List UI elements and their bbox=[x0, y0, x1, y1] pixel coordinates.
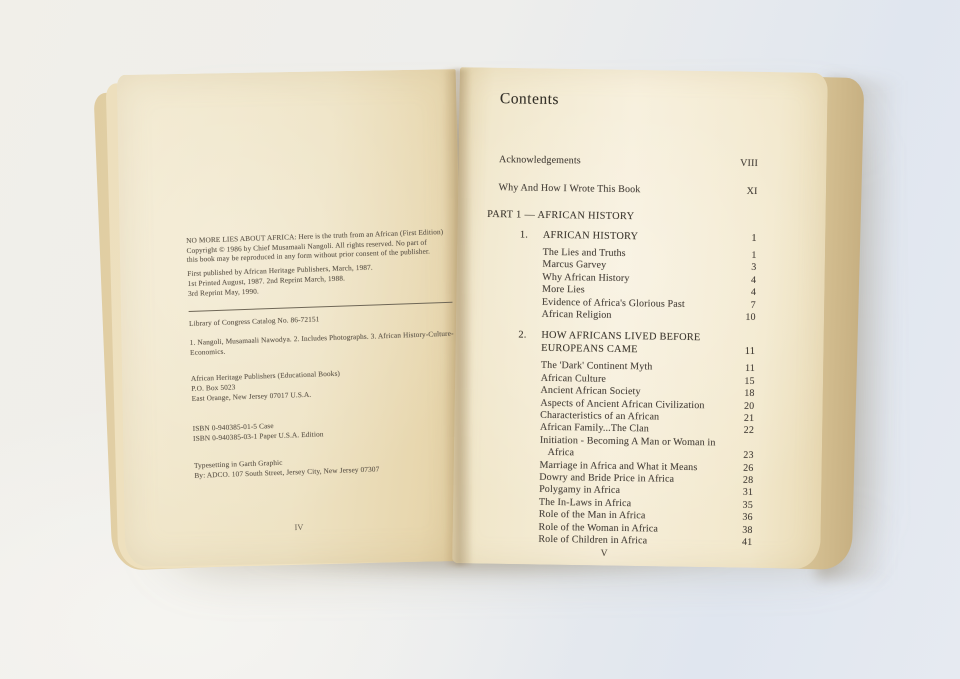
section-heading-row: 1. AFRICAN HISTORY 1 bbox=[487, 229, 757, 245]
section-entries: The Lies and Truths 1 Marcus Garvey 3 Wh… bbox=[486, 246, 757, 324]
table-of-contents: Contents Acknowledgements VIII Why And H… bbox=[482, 93, 759, 563]
toc-entry-page: 20 bbox=[727, 400, 754, 413]
toc-entry-page: 3 bbox=[729, 262, 756, 275]
toc-entry-page: 21 bbox=[727, 412, 754, 425]
toc-entry-page: 31 bbox=[726, 487, 753, 500]
toc-front-row: Why And How I Wrote This Book XI bbox=[487, 182, 757, 198]
section-page: 1 bbox=[727, 232, 757, 245]
toc-entry-page: 11 bbox=[728, 363, 755, 376]
toc-entry-page: 4 bbox=[729, 274, 756, 287]
publisher-address: African Heritage Publishers (Educational… bbox=[191, 365, 456, 403]
colophon-block: NO MORE LIES ABOUT AFRICA: Here is the t… bbox=[186, 227, 458, 480]
section-title: HOW AFRICANS LIVED BEFORE EUROPEANS CAME bbox=[541, 330, 725, 358]
section-entries: The 'Dark' Continent Myth 11 African Cul… bbox=[482, 359, 755, 549]
toc-entry-label: Initiation - Becoming A Man or Woman in … bbox=[540, 435, 727, 463]
toc-entry-page: 22 bbox=[727, 425, 754, 438]
photo-of-open-book: NO MORE LIES ABOUT AFRICA: Here is the t… bbox=[0, 0, 960, 679]
section-heading-row: 2. HOW AFRICANS LIVED BEFORE EUROPEANS C… bbox=[485, 329, 755, 358]
toc-entry-label: Acknowledgements bbox=[499, 155, 722, 171]
toc-entry-page: 18 bbox=[727, 388, 754, 401]
toc-entry-page: 4 bbox=[729, 287, 756, 300]
part-heading: PART 1 — AFRICAN HISTORY bbox=[487, 209, 757, 225]
toc-row: African Religion 10 bbox=[486, 308, 756, 324]
section-number: 2. bbox=[518, 330, 541, 355]
catalog-subjects-line: 1. Nangoli, Musamaali Nawodya. 2. Includ… bbox=[190, 329, 455, 358]
toc-entry-page: 26 bbox=[726, 462, 753, 475]
toc-entry-page: VIII bbox=[722, 158, 758, 171]
toc-entry-page: 7 bbox=[729, 299, 756, 312]
section-title: AFRICAN HISTORY bbox=[543, 229, 727, 244]
toc-entry-page: 28 bbox=[726, 475, 753, 488]
toc-entry-page: 15 bbox=[728, 375, 755, 388]
toc-front-row: Acknowledgements VIII bbox=[488, 154, 758, 170]
section-page: 11 bbox=[725, 345, 755, 358]
toc-entry-page: 35 bbox=[726, 499, 753, 512]
toc-entry-page: 36 bbox=[726, 512, 753, 525]
toc-entry-page: 23 bbox=[727, 450, 754, 463]
section-number: 1. bbox=[520, 229, 543, 242]
loc-catalog-line: Library of Congress Catalog No. 86-72151 bbox=[189, 310, 453, 329]
printing-history: First published by African Heritage Publ… bbox=[187, 260, 452, 298]
isbn-block: ISBN 0-940385-01-5 Case ISBN 0-940385-03… bbox=[193, 415, 458, 444]
toc-entry-page: 41 bbox=[725, 537, 752, 550]
toc-entry-page: 10 bbox=[729, 312, 756, 325]
toc-entry-page: 38 bbox=[725, 524, 752, 537]
toc-entry-page: XI bbox=[721, 185, 757, 198]
toc-entry-label: African Religion bbox=[542, 309, 729, 324]
contents-title: Contents bbox=[500, 93, 759, 109]
toc-entry-label: Why And How I Wrote This Book bbox=[498, 182, 721, 198]
toc-entry-page: 1 bbox=[730, 250, 757, 263]
